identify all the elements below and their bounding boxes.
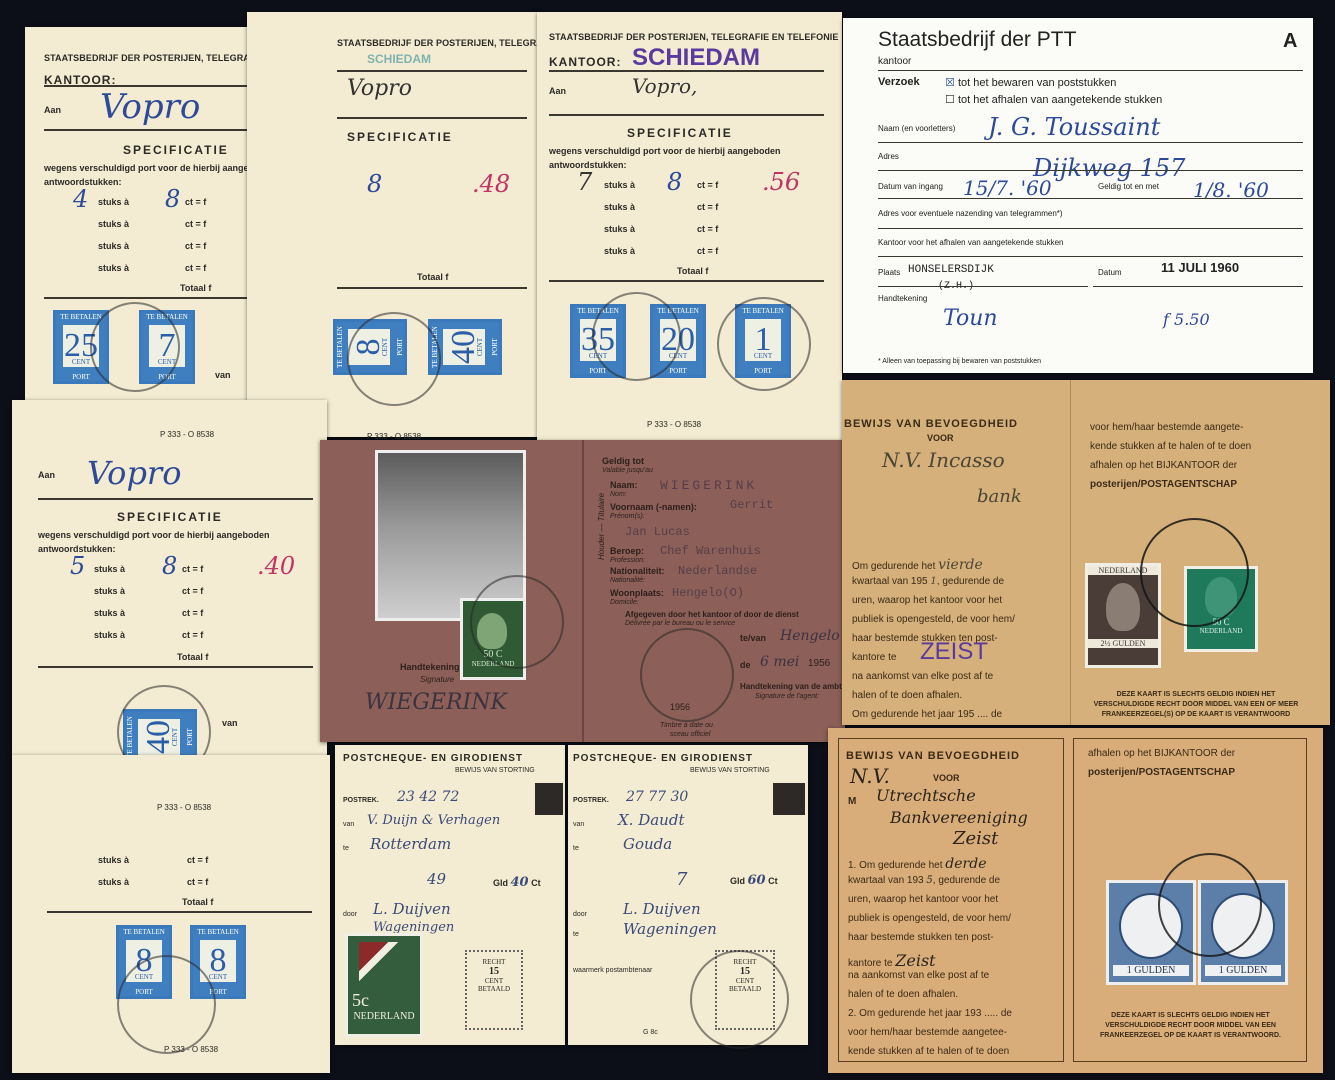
datum-value: 11 JULI 1960 bbox=[1161, 260, 1239, 275]
bewijs-line: kantore te bbox=[852, 652, 896, 663]
bewijs-line: uren, waarop het kantoor voor het bbox=[848, 894, 998, 905]
van-value: V. Duijn & Verhagen bbox=[367, 813, 500, 828]
stuks-label: stuks à bbox=[604, 246, 635, 256]
de-label: de bbox=[740, 660, 751, 670]
ct-amount: Gld 60 Ct bbox=[730, 873, 778, 888]
holder-name-4: Zeist bbox=[953, 828, 998, 849]
voor-label: VOOR bbox=[927, 433, 954, 443]
beroep-value: Chef Warenhuis bbox=[660, 544, 761, 558]
adres-value: Dijkweg 157 bbox=[1033, 154, 1185, 182]
holder-name: N.V. Incasso bbox=[882, 448, 1005, 472]
bewijs-line: publiek is opengesteld, de voor hem/ bbox=[852, 614, 1015, 625]
bewijs-line: kantore te Zeist bbox=[848, 951, 936, 970]
bewijs-line: kwartaal van 195 1, gedurende de bbox=[852, 576, 1004, 587]
bewijs-right-line: posterijen/POSTAGENTSCHAP bbox=[1090, 479, 1237, 490]
spec-title: SPECIFICATIE bbox=[123, 143, 229, 157]
nazending-label: Adres voor eventuele nazending van teleg… bbox=[878, 209, 1063, 218]
stuks-label: stuks à bbox=[94, 586, 125, 596]
ct-label: ct = f bbox=[697, 224, 718, 234]
tevan-value: Hengelo bbox=[780, 628, 840, 644]
form-code: P 333 - O 8538 bbox=[157, 803, 211, 812]
bewijs-line: na aankomst van elke post af te bbox=[848, 970, 989, 981]
datum-label: Datum bbox=[1098, 268, 1122, 277]
postmark bbox=[592, 292, 681, 381]
bewijs-line: uren, waarop het kantoor voor het bbox=[852, 595, 1002, 606]
ambtenaar-sub: Signature de l'agent: bbox=[755, 693, 819, 700]
postmark-year: 1956 bbox=[670, 702, 690, 712]
verzoek-label: Verzoek bbox=[878, 76, 920, 88]
beroep-label: Beroep: bbox=[610, 546, 644, 556]
van-label: van bbox=[573, 821, 584, 828]
stuks-label: stuks à bbox=[94, 630, 125, 640]
nationaliteit-sub: Nationalité: bbox=[610, 577, 645, 584]
houder-label: Houder — Titulaire bbox=[597, 493, 606, 560]
stuks-label: stuks à bbox=[604, 224, 635, 234]
port-specification-card-2: STAATSBEDRIJF DER POSTERIJEN, TELEGRAFIE… bbox=[247, 12, 537, 437]
signature: Toun bbox=[943, 306, 998, 331]
bewijs-line: Om gedurende het vierde bbox=[852, 557, 983, 573]
giro-title: POSTCHEQUE- EN GIRODIENST bbox=[573, 753, 753, 764]
kantoor-label: kantoor bbox=[878, 56, 911, 67]
voornaam-label: Voornaam (-namen): bbox=[610, 502, 697, 512]
aan-value: Vopro bbox=[100, 87, 200, 127]
kantoor-label: KANTOOR: bbox=[549, 55, 621, 69]
aan-value: Vopro bbox=[87, 454, 181, 492]
ct-label: ct = f bbox=[182, 630, 203, 640]
postmark bbox=[717, 297, 811, 391]
port-specification-card-5: P 333 - O 8538 stuks à ct = f stuks à ct… bbox=[12, 755, 330, 1073]
fee-value: f 5.50 bbox=[1163, 310, 1210, 329]
stuks-value: 4 bbox=[73, 185, 88, 213]
validity-notice: DEZE KAART IS SLECHTS GELDIG INDIEN HET … bbox=[1087, 690, 1305, 720]
door-label: door bbox=[343, 911, 357, 918]
beroep-sub: Profession: bbox=[610, 557, 645, 564]
stuks-label: stuks à bbox=[98, 219, 129, 229]
van-label: van bbox=[343, 821, 354, 828]
gld-value: 49 bbox=[427, 870, 446, 888]
form-code: P 333 - O 8538 bbox=[164, 1045, 218, 1054]
stuks-label: stuks à bbox=[94, 564, 125, 574]
gld-value: 7 bbox=[676, 869, 687, 890]
van-value: X. Daudt bbox=[618, 811, 684, 829]
woonplaats-sub: Domicile: bbox=[610, 599, 639, 606]
postmark bbox=[470, 575, 564, 669]
naam-label: Naam: bbox=[610, 480, 638, 490]
totaal-label: Totaal f bbox=[182, 897, 213, 907]
stuks-label: stuks à bbox=[98, 263, 129, 273]
van-label: van bbox=[222, 718, 238, 728]
aan-label: Aan bbox=[44, 105, 61, 115]
ct-label: ct = f bbox=[185, 263, 206, 273]
spec-title: SPECIFICATIE bbox=[627, 126, 733, 140]
de-value: 6 mei bbox=[760, 654, 799, 670]
stuks-label: stuks à bbox=[98, 855, 129, 865]
door-value: L. Duijven bbox=[373, 900, 451, 918]
bewijs-line: na aankomst van elke post af te bbox=[852, 671, 993, 682]
te2-label: te bbox=[573, 931, 579, 938]
postrek-label: POSTREK. bbox=[573, 797, 609, 804]
holder-name: N.V. bbox=[850, 764, 890, 788]
waarmerk-label: waarmerk postambtenaar bbox=[573, 967, 652, 974]
amount-value: .56 bbox=[762, 168, 800, 196]
bewijs-title: BEWIJS VAN BEVOEGDHEID bbox=[846, 750, 1020, 762]
postmark bbox=[90, 302, 180, 392]
bewijs-line: kende stukken af te halen of te doen bbox=[848, 1046, 1009, 1057]
rate-value: 8 bbox=[667, 168, 682, 196]
bewijs-line: haar bestemde stukken ten post- bbox=[848, 932, 994, 943]
stuks-label: stuks à bbox=[98, 241, 129, 251]
postmark bbox=[347, 312, 441, 406]
ct-label: ct = f bbox=[182, 608, 203, 618]
tevan-label: te/van bbox=[740, 633, 766, 643]
giro-subtitle: BEWIJS VAN STORTING bbox=[455, 767, 535, 774]
ingang-label: Datum van ingang bbox=[878, 182, 943, 191]
voor-label: VOOR bbox=[933, 773, 960, 783]
te-label: te bbox=[573, 845, 579, 852]
ct-label: ct = f bbox=[697, 246, 718, 256]
stuks-label: stuks à bbox=[604, 202, 635, 212]
nationaliteit-value: Nederlandse bbox=[678, 564, 757, 578]
totaal-label: Totaal f bbox=[177, 652, 208, 662]
voornaam-sub: Prénom(s): bbox=[610, 513, 645, 520]
ct-label: ct = f bbox=[697, 202, 718, 212]
woonplaats-value: Hengelo(O) bbox=[672, 586, 744, 600]
totaal-label: Totaal f bbox=[417, 272, 448, 282]
holder-signature: WIEGERINK bbox=[365, 690, 507, 715]
naam-value: J. G. Toussaint bbox=[988, 113, 1160, 141]
bewijs-line: 1. Om gedurende het derde bbox=[848, 856, 986, 872]
aan-label: Aan bbox=[38, 470, 55, 480]
giro-subtitle: BEWIJS VAN STORTING bbox=[690, 767, 770, 774]
te-label: te bbox=[343, 845, 349, 852]
bewijs-line: kwartaal van 193 5, gedurende de bbox=[848, 875, 1000, 886]
aan-label: Aan bbox=[549, 86, 566, 96]
amount-value: .48 bbox=[472, 170, 510, 198]
holder-name-3: Bankvereeniging bbox=[890, 808, 1028, 827]
port-specification-card-4: P 333 - O 8538 Aan Vopro SPECIFICATIE we… bbox=[12, 400, 327, 755]
stuks-label: stuks à bbox=[94, 608, 125, 618]
bewijs-van-bevoegdheid-1951: BEWIJS VAN BEVOEGDHEID VOOR N.V. Incasso… bbox=[842, 380, 1330, 725]
stuks-value: 5 bbox=[70, 552, 85, 580]
holder-name-2: bank bbox=[977, 486, 1022, 507]
signature-label: Signature bbox=[420, 675, 454, 684]
te2-value: Wageningen bbox=[623, 920, 717, 938]
adres-label: Adres bbox=[878, 152, 899, 161]
bewijs-line: halen of te doen afhalen. bbox=[848, 989, 958, 1000]
port-specification-card-3: STAATSBEDRIJF DER POSTERIJEN, TELEGRAFIE… bbox=[537, 12, 842, 442]
timbre-label: Timbre à date ou bbox=[660, 722, 713, 729]
bewijs-right-line: afhalen op het BIJKANTOOR der bbox=[1088, 748, 1235, 759]
ingang-value: 15/7. '60 bbox=[963, 176, 1052, 200]
form-code: P 333 - O 8538 bbox=[160, 430, 214, 439]
aan-value: Vopro bbox=[347, 76, 412, 101]
footnote: * Alleen van toepassing bij bewaren van … bbox=[878, 358, 1041, 365]
giro-receipt-1: POSTCHEQUE- EN GIRODIENST BEWIJS VAN STO… bbox=[335, 745, 565, 1045]
card-header: STAATSBEDRIJF DER POSTERIJEN, TELEGRAFIE… bbox=[549, 32, 839, 42]
geldig-label: Geldig tot bbox=[602, 456, 644, 466]
te-value: Gouda bbox=[623, 835, 672, 853]
spec-title: SPECIFICATIE bbox=[117, 510, 223, 524]
bewijs-right-line: kende stukken af te halen of te doen bbox=[1090, 441, 1251, 452]
bewijs-right-line: posterijen/POSTAGENTSCHAP bbox=[1088, 767, 1235, 778]
ct-amount: Gld 40 Ct bbox=[493, 875, 541, 890]
handtekening-label: Handtekening bbox=[400, 662, 460, 672]
stuks-label: stuks à bbox=[604, 180, 635, 190]
postmark-zeist bbox=[1140, 518, 1249, 627]
ct-label: ct = f bbox=[187, 855, 208, 865]
door-label: door bbox=[573, 911, 587, 918]
kantoor-afhalen-label: Kantoor voor het afhalen van aangetekend… bbox=[878, 238, 1063, 247]
geldig-label: Geldig tot en met bbox=[1098, 182, 1159, 191]
bewijs-line: publiek is opengesteld, de voor hem/ bbox=[848, 913, 1011, 924]
kantoor-stamp: SCHIEDAM bbox=[632, 44, 760, 72]
ct-label: ct = f bbox=[182, 586, 203, 596]
kantoor-stamp: SCHIEDAM bbox=[367, 52, 431, 66]
recht-betaald-box: RECHT 15 CENT BETAALD bbox=[465, 950, 523, 1030]
stuks-value: 7 bbox=[577, 168, 592, 196]
timbre-sub: sceau officiel bbox=[670, 731, 710, 738]
form-code: P 333 - O 8538 bbox=[647, 420, 701, 429]
plaats-value: HONSELERSDIJK bbox=[908, 264, 994, 276]
plaats-label: Plaats bbox=[878, 268, 900, 277]
ct-label: ct = f bbox=[185, 241, 206, 251]
van-label: van bbox=[215, 370, 231, 380]
voornaam-value: Gerrit bbox=[730, 498, 773, 512]
ptt-title: Staatsbedrijf der PTT bbox=[878, 28, 1076, 52]
bewijs-line: halen of te doen afhalen. bbox=[852, 690, 962, 701]
totaal-label: Totaal f bbox=[180, 283, 211, 293]
validity-notice: DEZE KAART IS SLECHTS GELDIG INDIEN HET … bbox=[1083, 1011, 1298, 1041]
bewijs-right-line: afhalen op het BIJKANTOOR der bbox=[1090, 460, 1237, 471]
holder-name-2: Utrechtsche bbox=[876, 786, 976, 805]
m-label: M bbox=[848, 796, 856, 807]
spec-title: SPECIFICATIE bbox=[347, 130, 453, 144]
postrek-label: POSTREK. bbox=[343, 797, 379, 804]
form-code: G 8c bbox=[643, 1029, 658, 1036]
option-bewaren[interactable]: ☒ tot het bewaren van poststukken bbox=[945, 76, 1116, 89]
door-value: L. Duijven bbox=[623, 900, 701, 918]
ct-label: ct = f bbox=[697, 180, 718, 190]
ct-label: ct = f bbox=[182, 564, 203, 574]
postrek-value: 27 77 30 bbox=[626, 789, 688, 805]
geldig-sub: Valable jusqu'au bbox=[602, 467, 653, 474]
amount-value: .40 bbox=[257, 552, 295, 580]
giro-receipt-2: POSTCHEQUE- EN GIRODIENST BEWIJS VAN STO… bbox=[568, 745, 808, 1045]
ct-label: ct = f bbox=[187, 877, 208, 887]
stuks-label: stuks à bbox=[98, 877, 129, 887]
ptt-request-form: Staatsbedrijf der PTT A kantoor Verzoek … bbox=[843, 18, 1313, 373]
rate-value: 8 bbox=[165, 185, 180, 213]
ct-label: ct = f bbox=[185, 197, 206, 207]
bewijs-right-line: voor hem/haar bestemde aangete- bbox=[1090, 422, 1243, 433]
rate-value: 8 bbox=[367, 170, 382, 198]
afgegeven-sub: Délivrée par le bureau ou le service bbox=[625, 620, 735, 627]
spec-text: wegens verschuldigd port voor de hierbij… bbox=[44, 163, 276, 173]
bewijs-van-bevoegdheid-1935: BEWIJS VAN BEVOEGDHEID N.V. VOOR M Utrec… bbox=[828, 728, 1323, 1073]
postrek-value: 23 42 72 bbox=[397, 789, 459, 805]
issue-year: 1956 bbox=[808, 658, 830, 669]
bewijs-line: Om gedurende het jaar 195 .... de bbox=[852, 709, 1002, 720]
handtekening-label: Handtekening bbox=[878, 294, 927, 303]
naam-label: Naam (en voorletters) bbox=[878, 124, 955, 133]
aan-value: Vopro, bbox=[632, 74, 697, 98]
spec-text: wegens verschuldigd port voor de hierbij… bbox=[549, 146, 781, 156]
bewijs-title: BEWIJS VAN BEVOEGDHEID bbox=[844, 418, 1018, 430]
spec-text: wegens verschuldigd port voor de hierbij… bbox=[38, 530, 270, 540]
te-value: Rotterdam bbox=[370, 835, 451, 853]
postal-id-card: 50 C NEDERLAND Handtekening Signature WI… bbox=[320, 440, 845, 742]
naam-sub: Nom: bbox=[610, 491, 627, 498]
giro-title: POSTCHEQUE- EN GIRODIENST bbox=[343, 753, 523, 764]
bewijs-line: voor hem/haar bestemde aangetee- bbox=[848, 1027, 1007, 1038]
bewijs-line: 2. Om gedurende het jaar 193 ..... de bbox=[848, 1008, 1012, 1019]
postmark bbox=[117, 955, 216, 1054]
form-letter: A bbox=[1283, 30, 1297, 53]
postmark-wageningen bbox=[690, 950, 789, 1049]
nationaliteit-label: Nationaliteit: bbox=[610, 566, 665, 576]
kantoor-stamp: ZEIST bbox=[920, 638, 988, 666]
ct-label: ct = f bbox=[185, 219, 206, 229]
rate-value: 8 bbox=[162, 552, 177, 580]
woonplaats-label: Woonplaats: bbox=[610, 588, 664, 598]
postmark-zeist bbox=[1158, 853, 1262, 957]
postage-stamp-5c: 5c NEDERLAND bbox=[345, 933, 423, 1037]
totaal-label: Totaal f bbox=[677, 266, 708, 276]
voornaam-value-2: Jan Lucas bbox=[625, 525, 690, 539]
option-afhalen[interactable]: ☐ tot het afhalen van aangetekende stukk… bbox=[945, 93, 1162, 106]
afgegeven-label: Afgegeven door het kantoor of door de di… bbox=[625, 610, 799, 619]
stuks-label: stuks à bbox=[98, 197, 129, 207]
naam-value: WIEGERINK bbox=[660, 478, 757, 493]
